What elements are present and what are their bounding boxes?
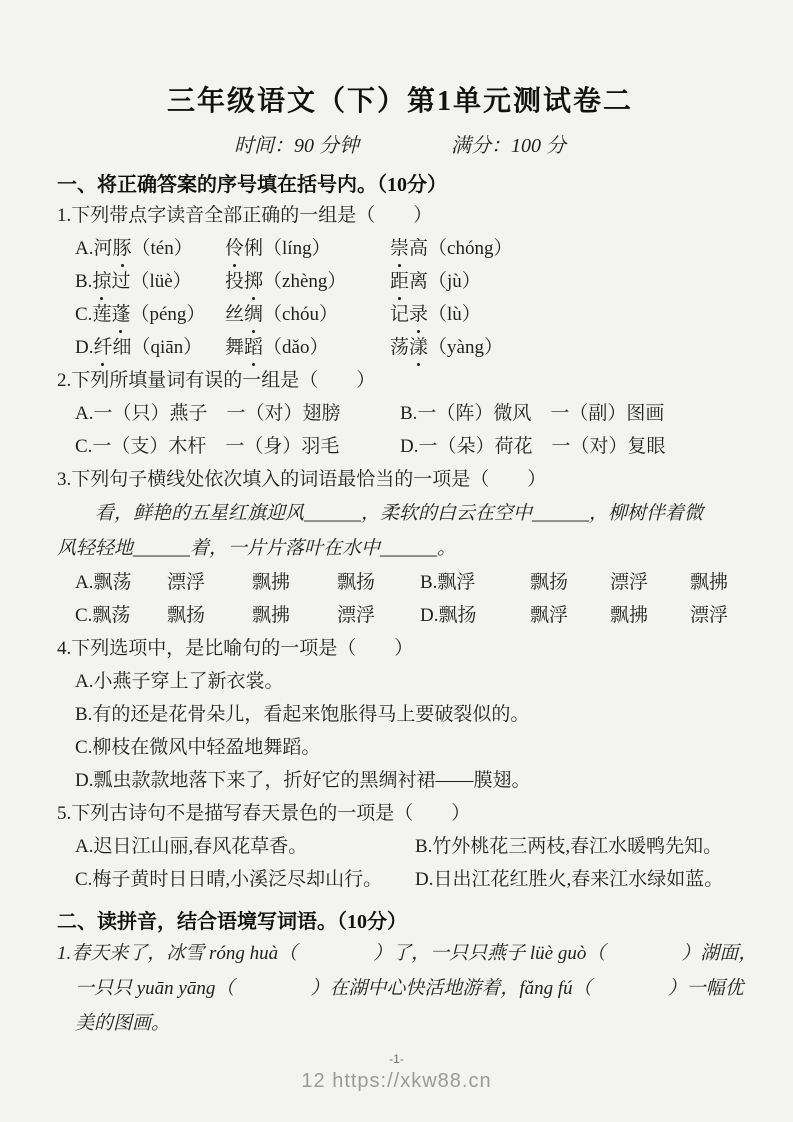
q4-option-a: A.小燕子穿上了新衣裳。 [57,665,743,698]
emphasis-dot-char: 纤 [93,331,112,364]
q3-option-d: D.飘扬 [420,599,530,632]
q3-option-b: B.飘浮 [420,566,530,599]
q3-options-row-2: C.飘荡 飘扬 飘拂 漂浮 D.飘扬 飘浮 飘拂 漂浮 [57,599,743,632]
q5-option-a: A.迟日江山丽,春风花草香。 [75,830,415,863]
q1-option-d-word-1: D.纤细（qiān） [75,331,225,364]
q1-option-b-word-1: B.掠过（lüè） [75,265,225,298]
paper-content: 三年级语文（下）第1单元测试卷二 时间：90 分钟 满分：100 分 一、将正确… [0,0,793,1041]
q3-option-a: A.飘荡 [75,566,167,599]
q5-option-b: B.竹外桃花三两枝,春江水暖鸭先知。 [415,830,743,863]
q1-stem: 1.下列带点字读音全部正确的一组是（ ） [57,199,743,232]
q2-options-row-1: A.一（只）燕子 一（对）翅膀 B.一（阵）微风 一（副）图画 [57,397,743,430]
emphasis-dot-char: 掠 [92,265,111,298]
paper-meta: 时间：90 分钟 满分：100 分 [57,133,743,159]
emphasis-dot-char: 伶 [225,232,244,265]
q5-stem: 5.下列古诗句不是描写春天景色的一项是（ ） [57,797,743,830]
emphasis-dot-char: 蓬 [111,298,130,331]
section-2-heading: 二、读拼音，结合语境写词语。（10分） [57,908,743,936]
q3-passage-line-1: 看，鲜艳的五星红旗迎风______，柔软的白云在空中______，柳树伴着微 [57,496,743,531]
q1-option-b-word-3: 距离（jù） [390,265,743,298]
footer-watermark-url: 12 https://xkw88.cn [0,1070,793,1093]
s2-q1-line-3: 美的图画。 [57,1006,743,1041]
q4-option-b: B.有的还是花骨朵儿，看起来饱胀得马上要破裂似的。 [57,698,743,731]
emphasis-dot-char: 豚 [113,232,132,265]
q4-stem: 4.下列选项中，是比喻句的一项是（ ） [57,632,743,665]
q1-option-c-word-2: 丝绸（chóu） [225,298,390,331]
q3-options-row-1: A.飘荡 漂浮 飘拂 飘扬 B.飘浮 飘扬 漂浮 飘拂 [57,566,743,599]
q3-stem: 3.下列句子横线处依次填入的词语最恰当的一项是（ ） [57,463,743,496]
q2-option-d: D.一（朵）荷花 一（对）复眼 [400,430,743,463]
q2-option-a: A.一（只）燕子 一（对）翅膀 [75,397,400,430]
q3-option-c: C.飘荡 [75,599,167,632]
emphasis-dot-char: 漾 [409,331,428,364]
q1-option-b-label: B. [75,271,92,292]
q2-stem: 2.下列所填量词有误的一组是（ ） [57,364,743,397]
q4-option-d: D.瓢虫款款地落下来了，折好它的黑绸衬裙——膜翅。 [57,764,743,797]
emphasis-dot-char: 距 [390,265,409,298]
q1-option-d-label: D. [75,337,93,358]
meta-score: 满分：100 分 [451,133,566,159]
q5-options-row-2: C.梅子黄时日日晴,小溪泛尽却山行。 D.日出江花红胜火,春来江水绿如蓝。 [57,863,743,896]
q5-option-c: C.梅子黄时日日晴,小溪泛尽却山行。 [75,863,415,896]
emphasis-dot-char: 掷 [244,265,263,298]
test-paper-page: 三年级语文（下）第1单元测试卷二 时间：90 分钟 满分：100 分 一、将正确… [0,0,793,1122]
q2-options-row-2: C.一（支）木杆 一（身）羽毛 D.一（朵）荷花 一（对）复眼 [57,430,743,463]
emphasis-dot-char: 录 [409,298,428,331]
q1-option-c-word-1: C.莲蓬（péng） [75,298,225,331]
q4-option-c: C.柳枝在微风中轻盈地舞蹈。 [57,731,743,764]
q5-options-row-1: A.迟日江山丽,春风花草香。 B.竹外桃花三两枝,春江水暖鸭先知。 [57,830,743,863]
emphasis-dot-char: 崇 [390,232,409,265]
q1-option-c-label: C. [75,304,92,325]
q1-options: A.河豚（tén） 伶俐（líng） 崇高（chóng） B.掠过（lüè） 投… [57,232,743,364]
q1-option-a-word-3: 崇高（chóng） [390,232,743,265]
q5-option-d: D.日出江花红胜火,春来江水绿如蓝。 [415,863,743,896]
q1-option-d-word-2: 舞蹈（dǎo） [225,331,390,364]
q1-option-a-label: A. [75,238,93,259]
q1-option-b-word-2: 投掷（zhèng） [225,265,390,298]
section-1-heading: 一、将正确答案的序号填在括号内。（10分） [57,171,743,199]
q1-option-a-word-1: A.河豚（tén） [75,232,225,265]
q1-option-d-word-3: 荡漾（yàng） [390,331,743,364]
q1-option-a-word-2: 伶俐（líng） [225,232,390,265]
emphasis-dot-char: 绸 [244,298,263,331]
paper-title: 三年级语文（下）第1单元测试卷二 [57,85,743,119]
s2-q1-line-1: 1.春天来了，冰雪 róng huà（ ）了，一只只燕子 lüè guò（ ）湖… [57,936,743,971]
footer-page-number: -1- [0,1052,793,1066]
q3-passage-line-2: 风轻轻地______着，一片片落叶在水中______。 [57,531,743,566]
q2-option-b: B.一（阵）微风 一（副）图画 [400,397,743,430]
q2-option-c: C.一（支）木杆 一（身）羽毛 [75,430,400,463]
emphasis-dot-char: 蹈 [244,331,263,364]
q1-option-c-word-3: 记录（lù） [390,298,743,331]
s2-q1-line-2: 一只只 yuān yāng（ ）在湖中心快活地游着，fǎng fú（ ）一幅优 [57,971,743,1006]
meta-time: 时间：90 分钟 [234,133,359,159]
